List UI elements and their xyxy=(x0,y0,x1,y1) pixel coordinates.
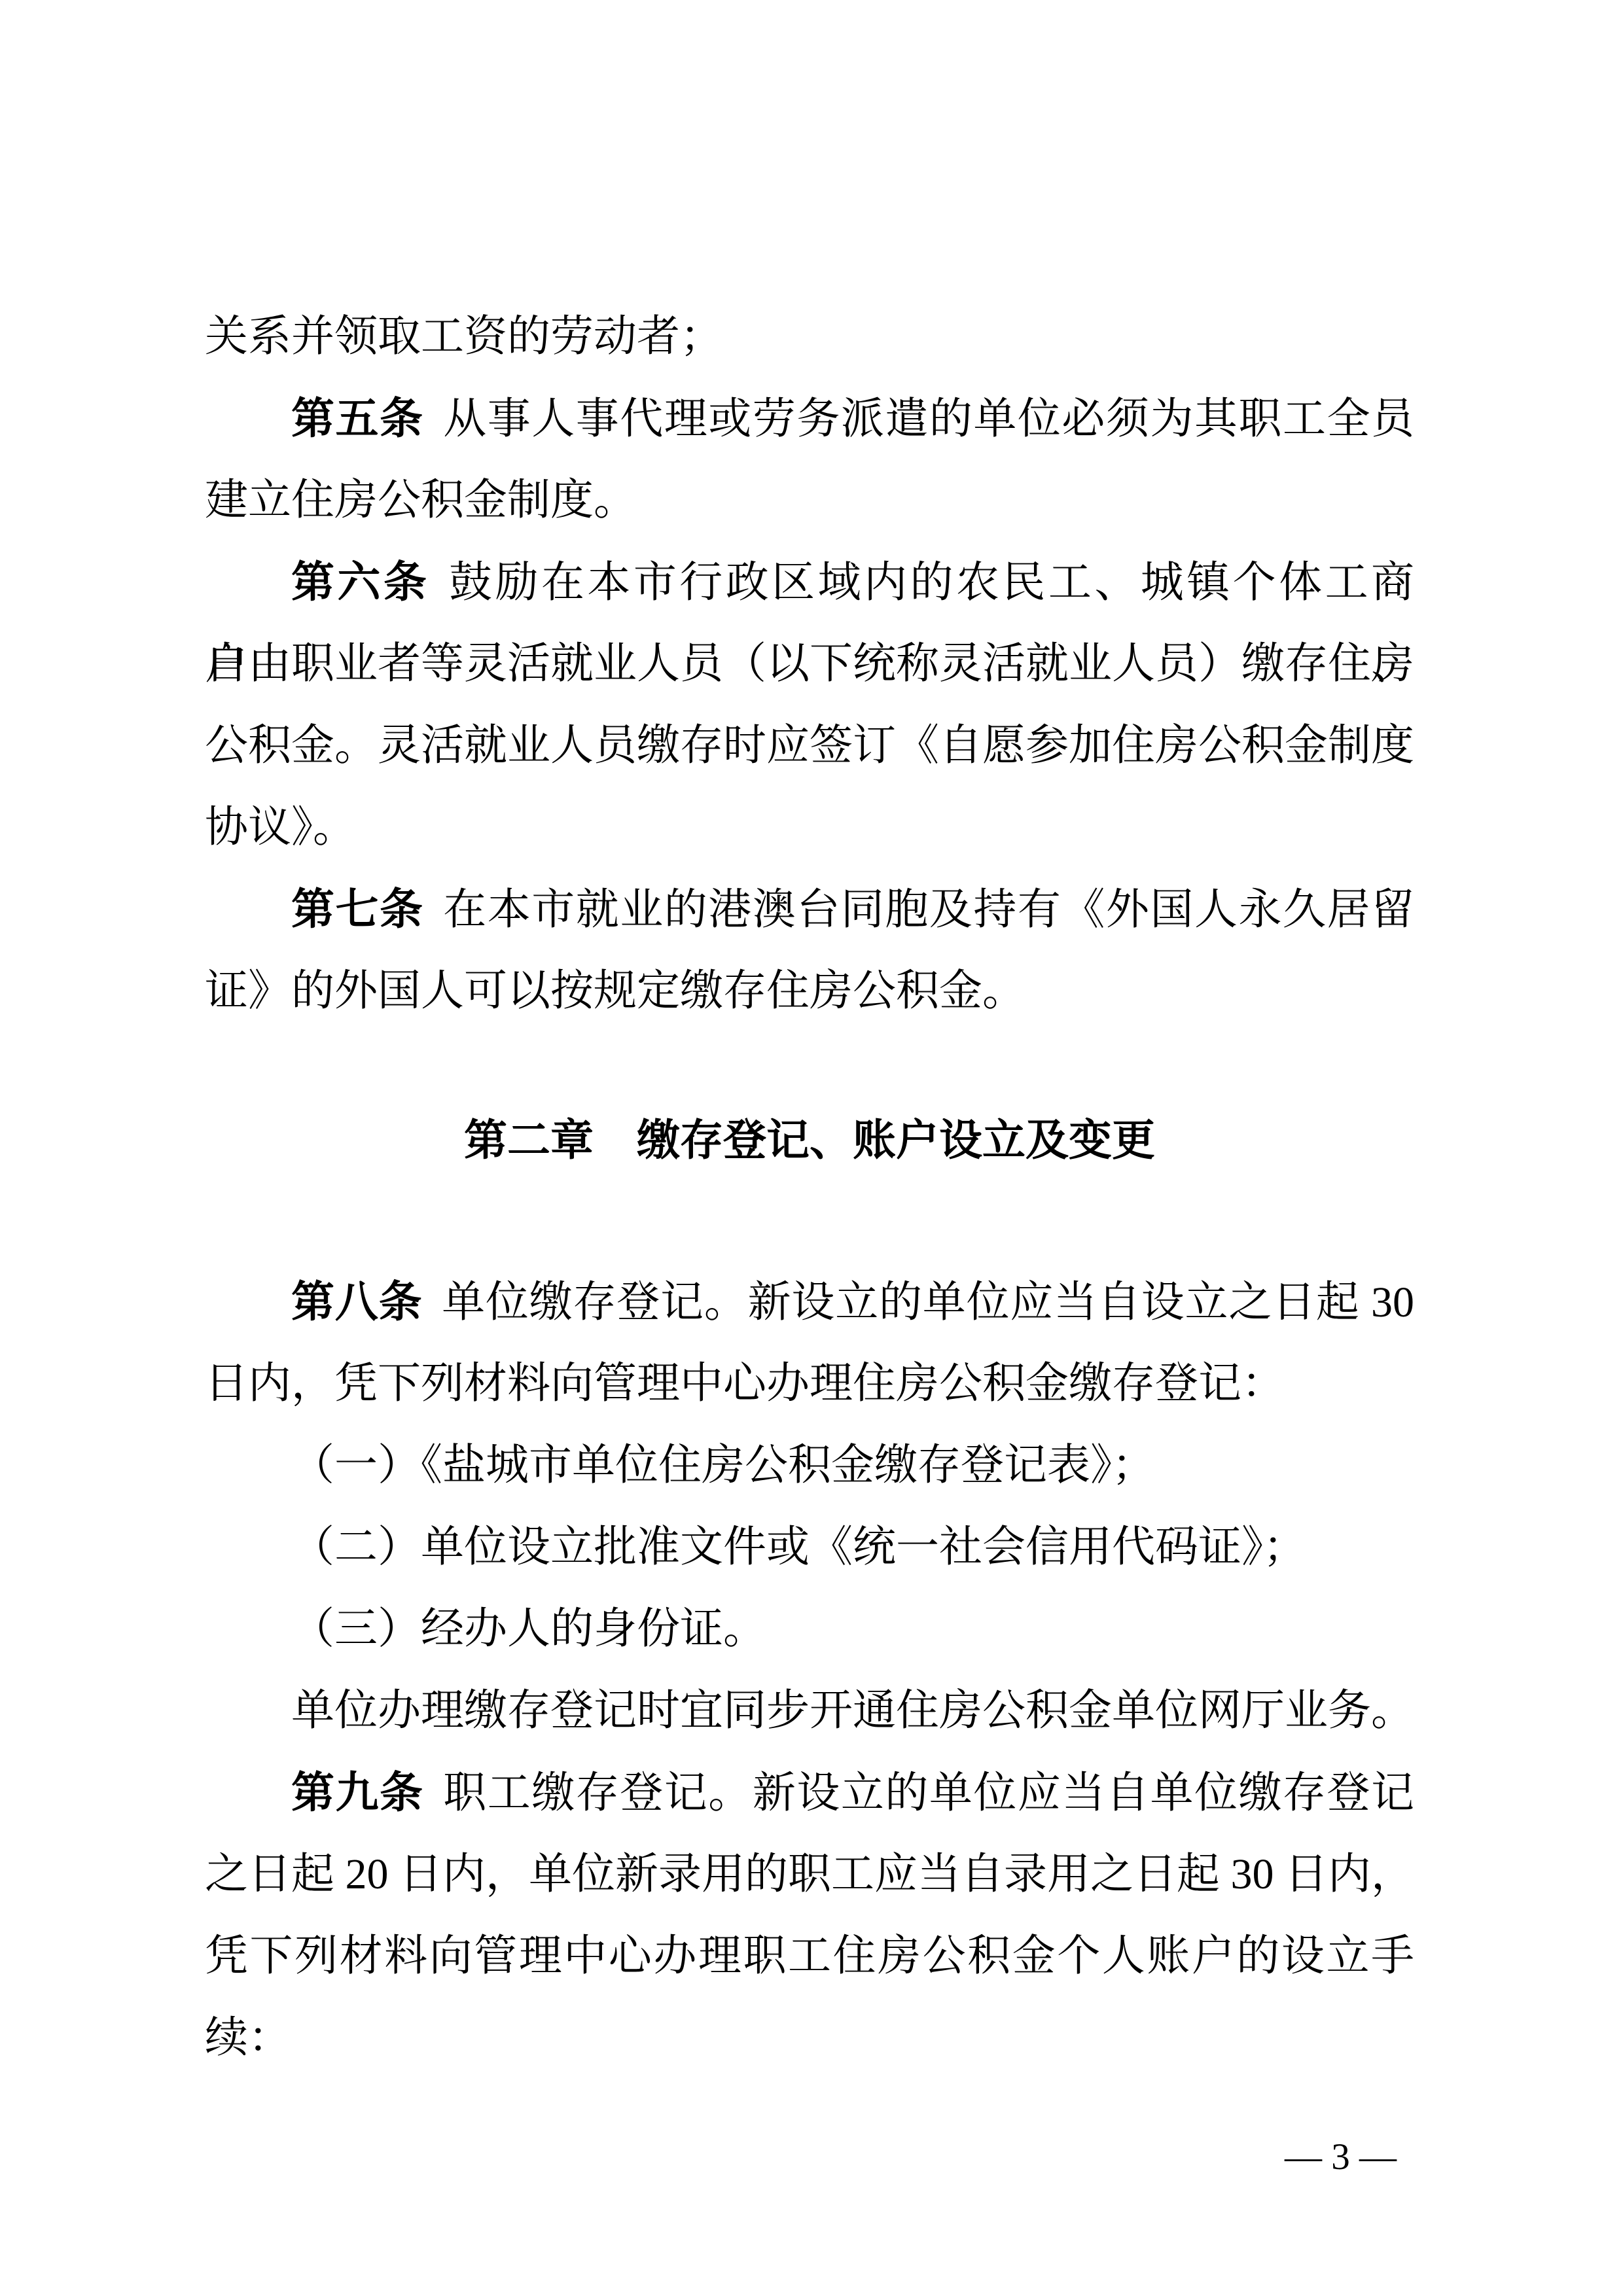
body-line: 关系并领取工资的劳动者； xyxy=(205,296,1414,378)
body-line: 自由职业者等灵活就业人员（以下统称灵活就业人员）缴存住房 xyxy=(205,623,1414,705)
article-5-number: 第五条 xyxy=(291,394,424,442)
body-line: 协议》。 xyxy=(205,786,1414,868)
article-7-text: 在本市就业的港澳台同胞及持有《外国人永久居留 xyxy=(443,886,1414,934)
document-body: 关系并领取工资的劳动者； 第五条从事人事代理或劳务派遣的单位必须为其职工全员 建… xyxy=(205,296,1414,2079)
body-line: 凭下列材料向管理中心办理职工住房公积金个人账户的设立手 xyxy=(205,1915,1414,1997)
article-8-number: 第八条 xyxy=(291,1277,422,1326)
body-line: 公积金。灵活就业人员缴存时应签订《自愿参加住房公积金制度 xyxy=(205,705,1414,786)
article-5-line: 第五条从事人事代理或劳务派遣的单位必须为其职工全员 xyxy=(205,378,1414,459)
chapter-heading: 第二章 缴存登记、账户设立及变更 xyxy=(205,1099,1414,1181)
list-item-2: （二）单位设立批准文件或《统一社会信用代码证》； xyxy=(205,1506,1414,1588)
body-line: 续： xyxy=(205,1997,1414,2079)
list-item-1: （一）《盐城市单位住房公积金缴存登记表》； xyxy=(205,1424,1414,1506)
article-7-line: 第七条在本市就业的港澳台同胞及持有《外国人永久居留 xyxy=(205,868,1414,950)
body-line: 证》的外国人可以按规定缴存住房公积金。 xyxy=(205,950,1414,1032)
article-5-text: 从事人事代理或劳务派遣的单位必须为其职工全员 xyxy=(443,395,1414,443)
article-9-line: 第九条职工缴存登记。新设立的单位应当自单位缴存登记 xyxy=(205,1752,1414,1833)
body-line: 建立住房公积金制度。 xyxy=(205,459,1414,541)
document-page: 关系并领取工资的劳动者； 第五条从事人事代理或劳务派遣的单位必须为其职工全员 建… xyxy=(0,0,1623,2296)
article-8-line: 第八条单位缴存登记。新设立的单位应当自设立之日起 30 xyxy=(205,1261,1414,1343)
article-7-number: 第七条 xyxy=(291,885,424,933)
list-item-3: （三）经办人的身份证。 xyxy=(205,1588,1414,1670)
article-6-number: 第六条 xyxy=(291,557,429,606)
body-line: 之日起 20 日内，单位新录用的职工应当自录用之日起 30 日内， xyxy=(205,1833,1414,1915)
body-line: 日内，凭下列材料向管理中心办理住房公积金缴存登记： xyxy=(205,1343,1414,1424)
article-6-line: 第六条鼓励在本市行政区域内的农民工、城镇个体工商户、 xyxy=(205,541,1414,623)
body-line: 单位办理缴存登记时宜同步开通住房公积金单位网厅业务。 xyxy=(205,1670,1414,1752)
article-9-number: 第九条 xyxy=(291,1768,424,1816)
article-8-text: 单位缴存登记。新设立的单位应当自设立之日起 30 xyxy=(442,1279,1414,1326)
article-9-text: 职工缴存登记。新设立的单位应当自单位缴存登记 xyxy=(443,1769,1414,1817)
page-number: — 3 — xyxy=(1285,2134,1397,2180)
